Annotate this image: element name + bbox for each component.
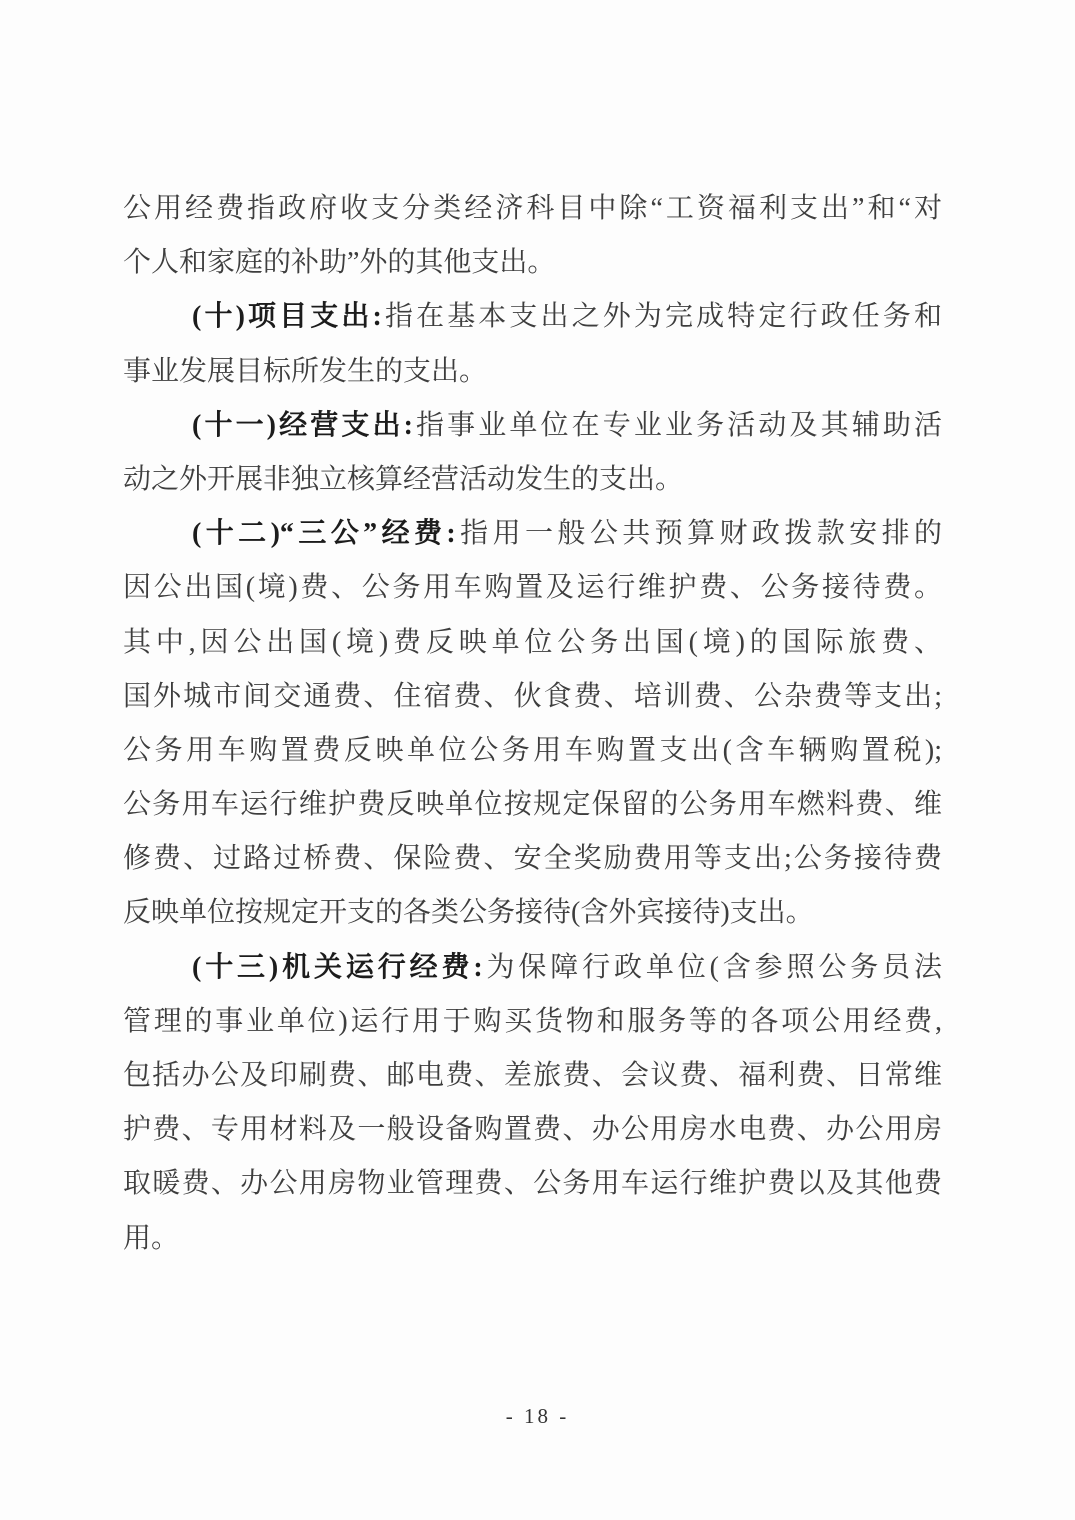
line-text: 其中,因公出国(境)费反映单位公务出国(境)的国际旅费、 [123,627,942,658]
document-body: 公用经费指政府收支分类经济科目中除“工资福利支出”和“对 个人和家庭的补助”外的… [123,182,942,1266]
text-line: (十二)“三公”经费:指用一般公共预算财政拨款安排的 [123,507,942,561]
document-page: 公用经费指政府收支分类经济科目中除“工资福利支出”和“对 个人和家庭的补助”外的… [0,0,1075,1520]
text-line: 公用经费指政府收支分类经济科目中除“工资福利支出”和“对 [123,182,942,236]
line-text: 公务用车购置费反映单位公务用车购置支出(含车辆购置税); [123,735,942,766]
text-line: 修费、过路过桥费、保险费、安全奖励费用等支出;公务接待费 [123,832,942,886]
term-label: (十三)机关运行经费: [192,952,483,983]
text-line: 公务用车运行维护费反映单位按规定保留的公务用车燃料费、维 [123,778,942,832]
text-line: 事业发展目标所发生的支出。 [123,345,942,399]
line-text: 事业发展目标所发生的支出。 [123,356,487,387]
line-text: 国外城市间交通费、住宿费、伙食费、培训费、公杂费等支出; [123,681,942,712]
line-text: 因公出国(境)费、公务用车购置及运行维护费、公务接待费。 [123,572,942,603]
line-text: 公务用车运行维护费反映单位按规定保留的公务用车燃料费、维 [123,789,942,820]
line-text: 包括办公及印刷费、邮电费、差旅费、会议费、福利费、日常维 [123,1060,942,1091]
term-label: (十二)“三公”经费: [192,518,456,549]
text-line: (十三)机关运行经费:为保障行政单位(含参照公务员法 [123,941,942,995]
text-line: 其中,因公出国(境)费反映单位公务出国(境)的国际旅费、 [123,616,942,670]
text-line: 国外城市间交通费、住宿费、伙食费、培训费、公杂费等支出; [123,670,942,724]
text-line: 反映单位按规定开支的各类公务接待(含外宾接待)支出。 [123,886,942,940]
term-label: (十一)经营支出: [192,410,413,441]
page-footer: - 18 - [0,1404,1075,1429]
line-text: 个人和家庭的补助”外的其他支出。 [123,247,555,278]
line-text: 指用一般公共预算财政拨款安排的 [456,518,942,549]
line-text: 为保障行政单位(含参照公务员法 [483,952,942,983]
line-text: 用。 [123,1223,179,1254]
text-line: 用。 [123,1212,942,1266]
text-line: (十一)经营支出:指事业单位在专业业务活动及其辅助活 [123,399,942,453]
text-line: 管理的事业单位)运行用于购买货物和服务等的各项公用经费, [123,995,942,1049]
text-line: 包括办公及印刷费、邮电费、差旅费、会议费、福利费、日常维 [123,1049,942,1103]
line-text: 反映单位按规定开支的各类公务接待(含外宾接待)支出。 [123,897,814,928]
text-line: 因公出国(境)费、公务用车购置及运行维护费、公务接待费。 [123,561,942,615]
text-line: 个人和家庭的补助”外的其他支出。 [123,236,942,290]
text-line: (十)项目支出:指在基本支出之外为完成特定行政任务和 [123,290,942,344]
line-text: 指事业单位在专业业务活动及其辅助活 [413,410,942,441]
text-line: 公务用车购置费反映单位公务用车购置支出(含车辆购置税); [123,724,942,778]
line-text: 管理的事业单位)运行用于购买货物和服务等的各项公用经费, [123,1006,942,1037]
page-number: - 18 - [506,1404,570,1428]
text-line: 动之外开展非独立核算经营活动发生的支出。 [123,453,942,507]
line-text: 动之外开展非独立核算经营活动发生的支出。 [123,464,683,495]
line-text: 公用经费指政府收支分类经济科目中除“工资福利支出”和“对 [123,193,942,224]
line-text: 修费、过路过桥费、保险费、安全奖励费用等支出;公务接待费 [123,843,942,874]
text-line: 护费、专用材料及一般设备购置费、办公用房水电费、办公用房 [123,1103,942,1157]
term-label: (十)项目支出: [192,301,382,332]
line-text: 指在基本支出之外为完成特定行政任务和 [382,301,942,332]
line-text: 取暖费、办公用房物业管理费、公务用车运行维护费以及其他费 [123,1168,942,1199]
text-line: 取暖费、办公用房物业管理费、公务用车运行维护费以及其他费 [123,1157,942,1211]
line-text: 护费、专用材料及一般设备购置费、办公用房水电费、办公用房 [123,1114,942,1145]
